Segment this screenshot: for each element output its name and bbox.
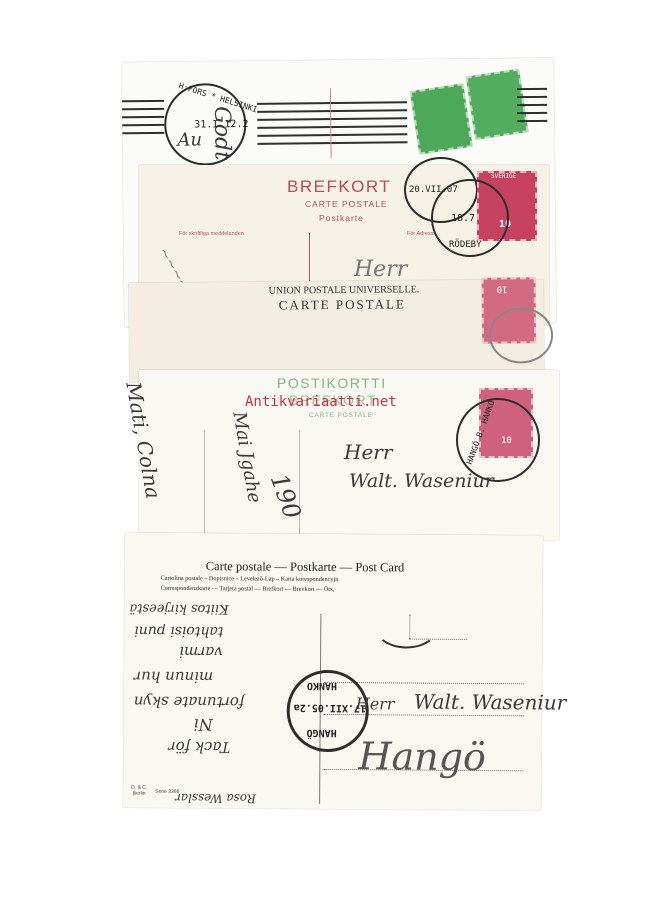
postmark-partial bbox=[489, 307, 553, 364]
watermark-antikvariaatti: Antikvariaatti.net bbox=[245, 394, 397, 410]
handwriting-au: Au bbox=[177, 129, 202, 150]
postcard-5-post-card: Carte postale — Postkarte — Post Card Ca… bbox=[123, 533, 543, 811]
message-line-3: varmi bbox=[179, 643, 223, 661]
postikortti-title: POSTIKORTTI bbox=[277, 375, 387, 391]
brefkort-label-message: För skriftliga meddelanden bbox=[179, 231, 244, 237]
brefkort-label-address: För Adress bbox=[407, 231, 434, 237]
brefkort-subtitle-fr: CARTE POSTALE bbox=[305, 199, 388, 209]
stamp-value: 10 bbox=[497, 284, 508, 294]
postcard-3-union-postale: UNION POSTALE UNIVERSELLE. CARTE POSTALE… bbox=[129, 279, 545, 383]
machine-cancel-lines-left bbox=[122, 100, 164, 140]
handwriting-herr: Herr bbox=[354, 257, 407, 282]
carte-postale-title: CARTE POSTALE bbox=[279, 296, 406, 313]
postikortti-divider-2 bbox=[299, 430, 300, 540]
address-name: Walt. Waseniur bbox=[414, 690, 567, 715]
message-line-2: fortunate skyn bbox=[134, 693, 245, 712]
message-line-4: minun hur bbox=[134, 668, 213, 687]
message-line-6: Tack för bbox=[168, 738, 230, 756]
stamp-sverige-country: SVERIGE bbox=[491, 173, 516, 180]
message-line-7: Ni bbox=[194, 715, 213, 734]
message-line-1: Kiitos kirjeestä bbox=[129, 601, 228, 617]
address-herr: Herr bbox=[356, 694, 395, 713]
postmark-hango-text-bottom: HANGÖ bbox=[307, 727, 337, 738]
handwriting-vertical-left: Mati, Colna bbox=[121, 380, 165, 500]
postmark-rodeby-town: RÖDEBY bbox=[449, 240, 482, 250]
publisher-city: Berlin bbox=[131, 791, 147, 797]
handwriting-year: 190 bbox=[265, 470, 307, 523]
postmark-partial-top bbox=[374, 604, 438, 648]
machine-cancel-lines-right bbox=[517, 88, 547, 128]
message-line-5: tahtoisi puni bbox=[134, 623, 223, 640]
address-city: Hangö bbox=[358, 734, 486, 779]
post-card-title: Carte postale — Postkarte — Post Card bbox=[206, 559, 405, 575]
brefkort-subtitle-de: Postkarte bbox=[319, 213, 364, 223]
post-card-languages-1: Cartolina postale – Dopisnice – Levelező… bbox=[161, 575, 339, 583]
stamp-green-1 bbox=[410, 83, 473, 154]
handwriting-vertical-middle: Mai Jgahe bbox=[228, 410, 265, 505]
handwriting-herr-4: Herr bbox=[344, 440, 392, 464]
signature: Rosa Wesslar bbox=[175, 791, 256, 806]
handwriting-godt: Godt bbox=[209, 106, 235, 160]
postikortti-divider bbox=[204, 430, 205, 540]
union-postale-title: UNION POSTALE UNIVERSELLE. bbox=[269, 284, 420, 296]
machine-cancel-lines-center bbox=[257, 101, 407, 151]
handwriting-address-name: Walt. Waseniur bbox=[349, 470, 494, 492]
post-card-languages-2: Correspondenzkarte — Tarjeta postal — Br… bbox=[161, 585, 335, 593]
postmark-rodeby-date: 18.7 bbox=[451, 213, 475, 224]
postikortti-subtitle-carte: CARTE POSTALE bbox=[309, 412, 373, 419]
postmark-hanko-text: HANKO bbox=[307, 680, 337, 691]
brefkort-title: BREFKORT bbox=[287, 177, 391, 197]
publisher-mark: D. & C. Berlin bbox=[131, 785, 147, 797]
